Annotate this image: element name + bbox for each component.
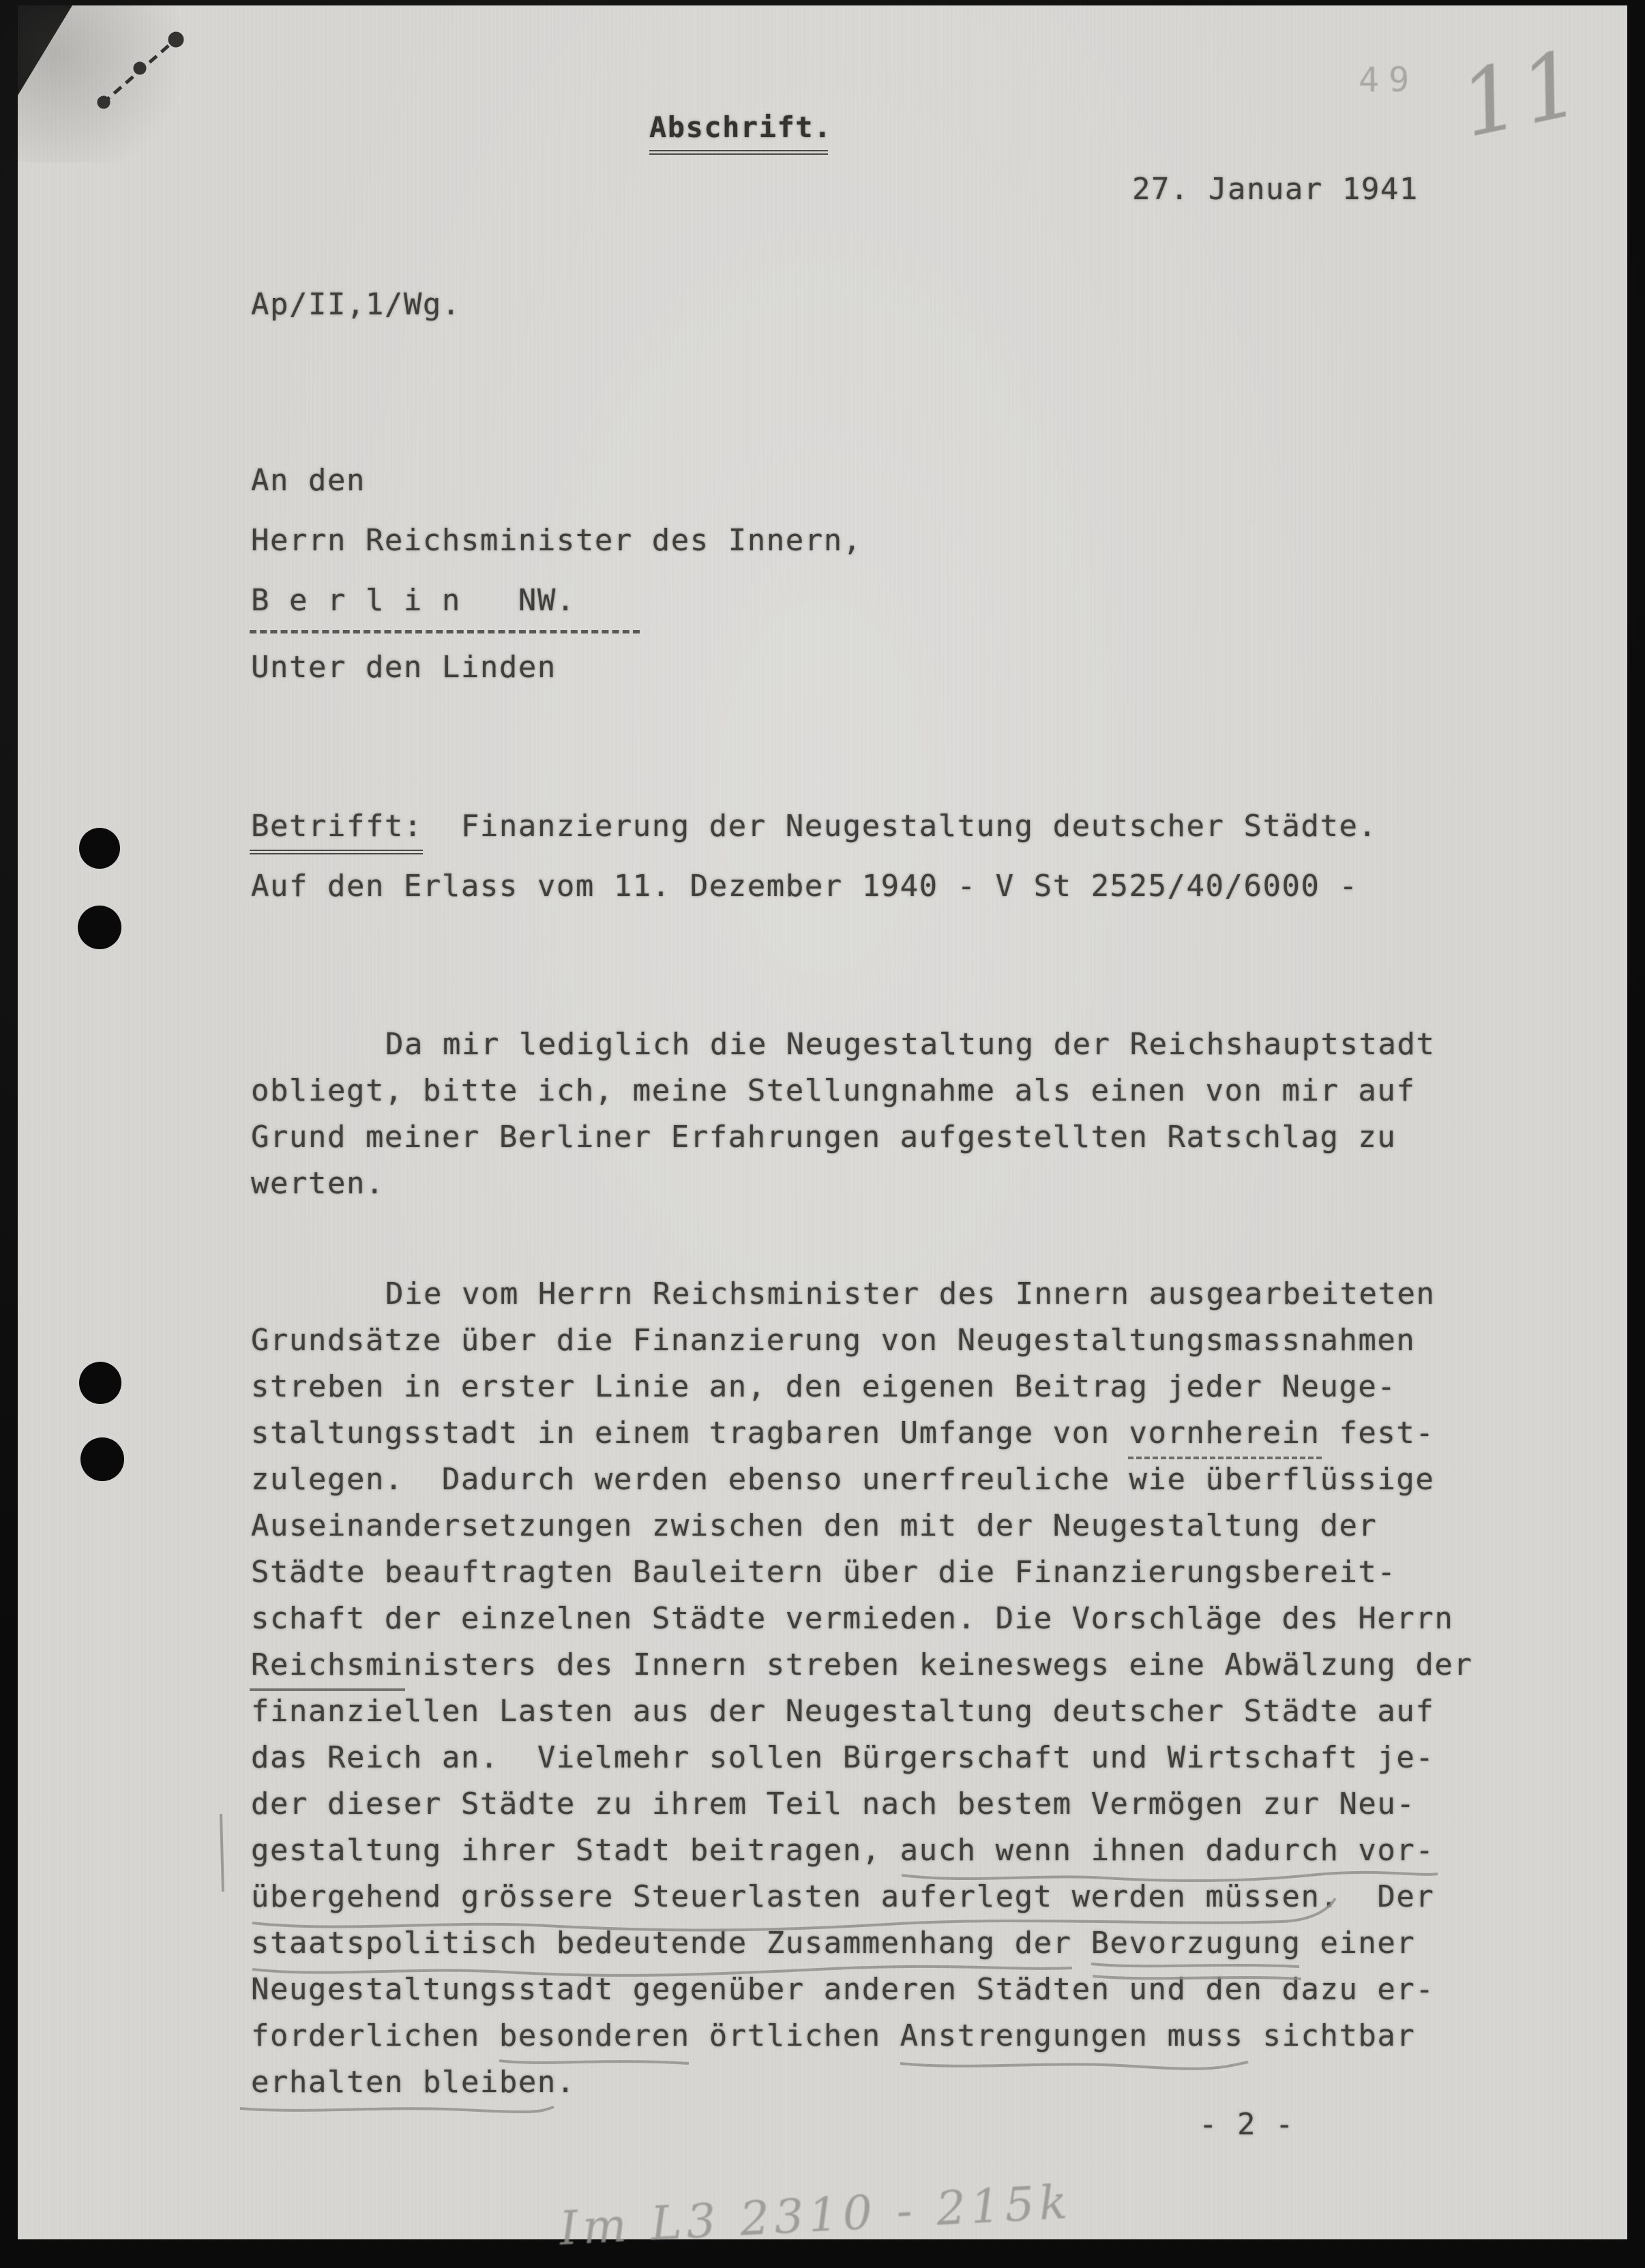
punch-hole <box>79 1362 121 1404</box>
body-paragraph-2: Die vom Herrn Reichsminister des Innern … <box>251 1271 1499 2106</box>
address-line-street: Unter den Linden <box>251 653 557 683</box>
address-line-city: B e r l i n NW. <box>251 586 576 616</box>
file-reference: Ap/II,1/Wg. <box>251 290 461 320</box>
body-paragraph-1: Da mir lediglich die Neugestaltung der R… <box>251 1021 1499 1207</box>
next-page-number: - 2 - <box>1199 2110 1294 2140</box>
punch-hole <box>79 828 120 869</box>
punch-hole <box>80 1437 124 1481</box>
subject-reference-line: Auf den Erlass vom 11. Dezember 1940 - V… <box>251 871 1358 901</box>
scanned-page: 49 11 Abschrift. 27. Januar 1941 Ap/II,1… <box>0 0 1645 2268</box>
address-line: Herrn Reichsminister des Innern, <box>251 526 862 556</box>
address-line: An den <box>251 466 366 496</box>
folio-number: 49 <box>1359 63 1419 97</box>
document-date: 27. Januar 1941 <box>1132 175 1419 205</box>
punch-hole <box>78 906 121 949</box>
subject-line: Betrifft: Finanzierung der Neugestaltung… <box>251 811 1377 841</box>
document-heading: Abschrift. <box>649 113 832 142</box>
handwritten-folio: 11 <box>1453 38 1591 151</box>
